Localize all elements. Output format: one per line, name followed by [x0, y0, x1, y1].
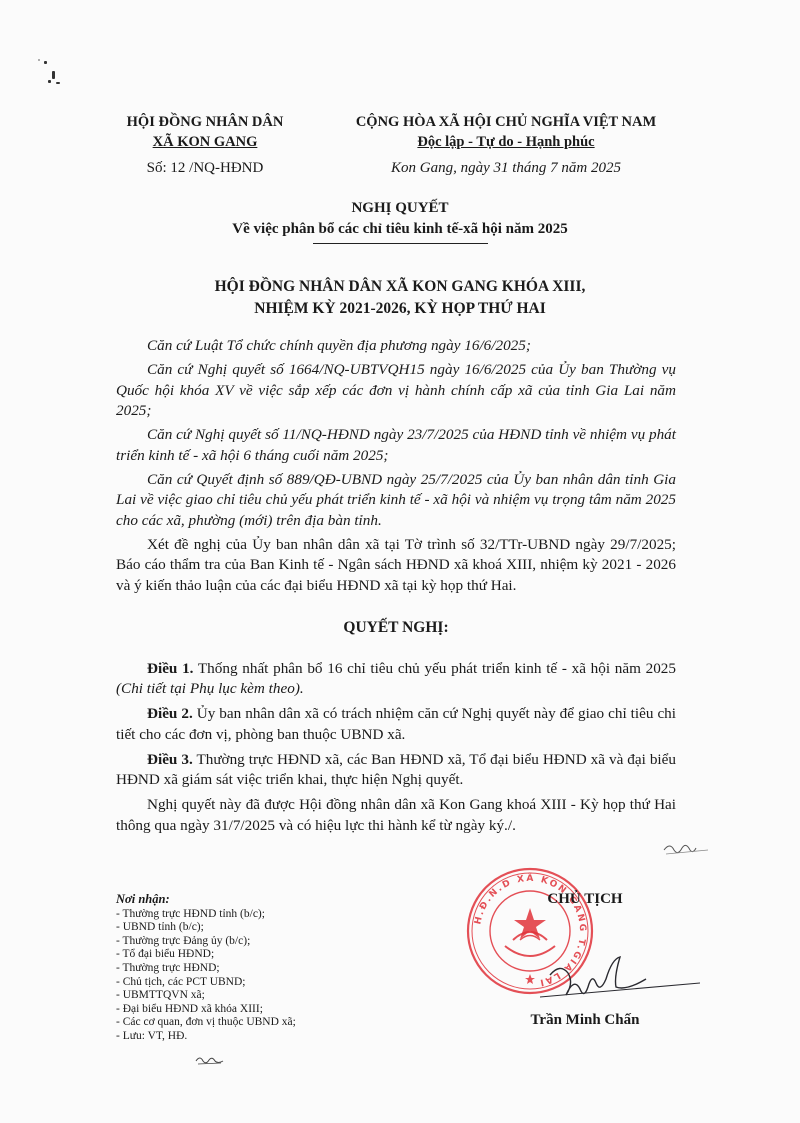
recipients-list: Nơi nhận: - Thường trực HĐND tỉnh (b/c);…	[116, 893, 406, 1044]
recipient-item: - Thường trực HĐND;	[116, 962, 406, 976]
recipient-item: - Đại biểu HĐND xã khóa XIII;	[116, 1003, 406, 1017]
recipient-item: - Chủ tịch, các PCT UBND;	[116, 976, 406, 990]
initials-mark-icon	[662, 838, 712, 858]
recipient-item: - UBMTTQVN xã;	[116, 989, 406, 1003]
issuer-block: HỘI ĐỒNG NHÂN DÂN XÃ KON GANG Số: 12 /NQ…	[110, 112, 300, 178]
legal-basis: Căn cứ Quyết định số 889/QĐ-UBND ngày 25…	[116, 470, 676, 532]
doc-subject: Về việc phân bổ các chỉ tiêu kinh tế-xã …	[100, 219, 700, 240]
article-text: Ủy ban nhân dân xã có trách nhiệm căn cứ…	[116, 705, 676, 743]
article-text: Thường trực HĐND xã, các Ban HĐND xã, Tổ…	[116, 751, 676, 789]
legal-basis: Căn cứ Luật Tổ chức chính quyền địa phươ…	[116, 336, 676, 357]
place-date: Kon Gang, ngày 31 tháng 7 năm 2025	[318, 158, 694, 178]
signer-name: Trần Minh Chấn	[470, 1012, 700, 1029]
article-text: Thống nhất phân bổ 16 chỉ tiêu chủ yếu p…	[193, 660, 676, 677]
resolution-heading: QUYẾT NGHỊ:	[116, 618, 676, 639]
council-line1: HỘI ĐỒNG NHÂN DÂN XÃ KON GANG KHÓA XIII,	[100, 276, 700, 298]
issuer-commune: XÃ KON GANG	[110, 132, 300, 152]
council-line2: NHIỆM KỲ 2021-2026, KỲ HỌP THỨ HAI	[100, 298, 700, 320]
signature-icon	[540, 935, 700, 1015]
recipient-item: - Các cơ quan, đơn vị thuộc UBND xã;	[116, 1016, 406, 1030]
legal-basis: Căn cứ Nghị quyết số 1664/NQ-UBTVQH15 ng…	[116, 360, 676, 422]
signer-title: CHỦ TỊCH	[470, 891, 700, 908]
recipient-item: - UBND tỉnh (b/c);	[116, 921, 406, 935]
consideration: Xét đề nghị của Ủy ban nhân dân xã tại T…	[116, 535, 676, 597]
document-number: Số: 12 /NQ-HĐND	[110, 158, 300, 178]
doc-type: NGHỊ QUYẾT	[100, 198, 700, 219]
article-2: Điều 2. Ủy ban nhân dân xã có trách nhiệ…	[116, 704, 676, 745]
recipient-item: - Lưu: VT, HĐ.	[116, 1030, 406, 1044]
article-label: Điều 1.	[147, 660, 193, 677]
initials-mark-icon	[195, 1054, 225, 1066]
scan-specks	[30, 55, 70, 95]
article-label: Điều 2.	[147, 705, 193, 722]
article-label: Điều 3.	[147, 751, 193, 768]
article-note: (Chi tiết tại Phụ lục kèm theo).	[116, 680, 304, 697]
recipient-item: - Thường trực Đảng ủy (b/c);	[116, 935, 406, 949]
legal-basis: Căn cứ Nghị quyết số 11/NQ-HĐND ngày 23/…	[116, 425, 676, 466]
issuer-name: HỘI ĐỒNG NHÂN DÂN	[110, 112, 300, 132]
national-heading: CỘNG HÒA XÃ HỘI CHỦ NGHĨA VIỆT NAM Độc l…	[318, 112, 694, 178]
country-name: CỘNG HÒA XÃ HỘI CHỦ NGHĨA VIỆT NAM	[318, 112, 694, 132]
document-title: NGHỊ QUYẾT Về việc phân bổ các chỉ tiêu …	[100, 198, 700, 244]
national-motto: Độc lập - Tự do - Hạnh phúc	[318, 132, 694, 152]
council-heading: HỘI ĐỒNG NHÂN DÂN XÃ KON GANG KHÓA XIII,…	[100, 276, 700, 320]
recipient-item: - Thường trực HĐND tỉnh (b/c);	[116, 908, 406, 922]
article-3: Điều 3. Thường trực HĐND xã, các Ban HĐN…	[116, 750, 676, 791]
title-rule	[313, 243, 488, 244]
article-1: Điều 1. Thống nhất phân bổ 16 chỉ tiêu c…	[116, 659, 676, 700]
closing-statement: Nghị quyết này đã được Hội đồng nhân dân…	[116, 795, 676, 836]
document-body: Căn cứ Luật Tổ chức chính quyền địa phươ…	[116, 336, 676, 840]
recipient-item: - Tổ đại biểu HĐND;	[116, 948, 406, 962]
recipients-heading: Nơi nhận:	[116, 893, 406, 907]
